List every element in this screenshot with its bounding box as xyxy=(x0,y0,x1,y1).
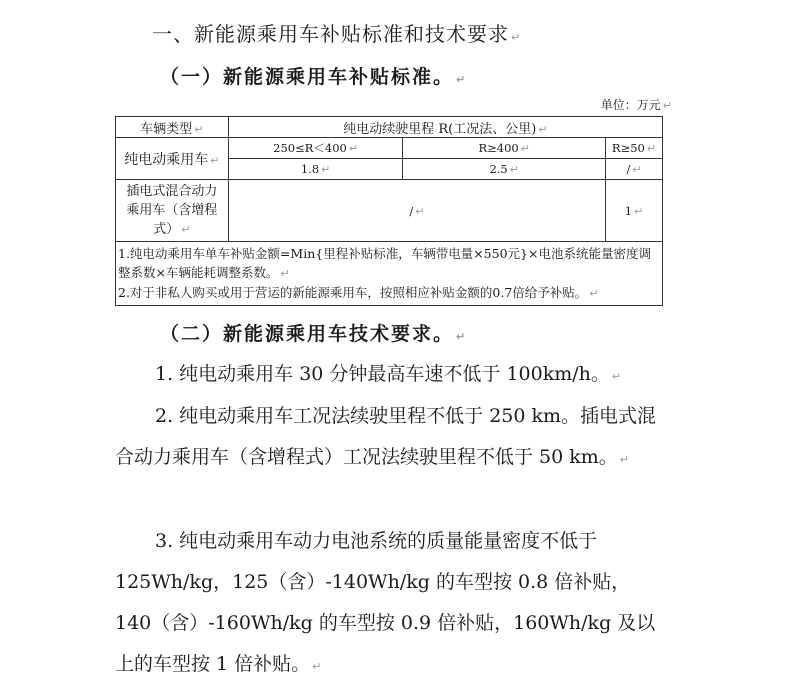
unit-label: 单位：万元↵ xyxy=(601,96,672,113)
subsidy-table: 车辆类型↵ 纯电动续驶里程 R(工况法、公里)↵ 纯电动乘用车↵ 250≤R＜4… xyxy=(115,116,663,306)
note-2: 2.对于非私人购买或用于营运的新能源乘用车，按照相应补贴金额的0.7倍给予补贴。… xyxy=(118,283,660,303)
section-1-text: （一）新能源乘用车补贴标准。 xyxy=(160,66,454,88)
paragraph-mark: ↵ xyxy=(511,31,521,44)
heading-1: 一、新能源乘用车补贴标准和技术要求↵ xyxy=(152,18,521,47)
table-row: 插电式混合动力乘用车（含增程式）↵ /↵ 1↵ xyxy=(116,180,663,242)
bev-label: 纯电动乘用车↵ xyxy=(116,138,229,180)
requirement-2: 2. 纯电动乘用车工况法续驶里程不低于 250 km。插电式混合动力乘用车（含增… xyxy=(115,396,665,480)
value-cell: 1↵ xyxy=(606,180,663,242)
section-2-heading: （二）新能源乘用车技术要求。↵ xyxy=(160,319,467,346)
table-notes: 1.纯电动乘用车单车补贴金额=Min{里程补贴标准，车辆带电量×550元}×电池… xyxy=(116,242,663,306)
value-cell: /↵ xyxy=(606,159,663,180)
value-cell: 1.8↵ xyxy=(228,159,403,180)
phev-label: 插电式混合动力乘用车（含增程式）↵ xyxy=(116,180,229,242)
range-cell: R≥400↵ xyxy=(403,138,606,159)
header-vehicle-type: 车辆类型↵ xyxy=(116,117,229,138)
heading-1-text: 一、新能源乘用车补贴标准和技术要求 xyxy=(152,22,509,46)
section-1-heading: （一）新能源乘用车补贴标准。↵ xyxy=(160,62,467,89)
requirement-3: 3. 纯电动乘用车动力电池系统的质量能量密度不低于 125Wh/kg，125（含… xyxy=(115,521,665,687)
note-1: 1.纯电动乘用车单车补贴金额=Min{里程补贴标准，车辆带电量×550元}×电池… xyxy=(118,244,660,283)
paragraph-mark: ↵ xyxy=(456,73,467,86)
paragraph-mark: ↵ xyxy=(663,99,672,112)
value-cell: /↵ xyxy=(228,180,605,242)
paragraph-mark: ↵ xyxy=(456,330,467,343)
range-cell: R≥50↵ xyxy=(606,138,663,159)
table-header-row: 车辆类型↵ 纯电动续驶里程 R(工况法、公里)↵ xyxy=(116,117,663,138)
requirement-1: 1. 纯电动乘用车 30 分钟最高车速不低于 100km/h。↵ xyxy=(115,354,665,397)
section-2-text: （二）新能源乘用车技术要求。 xyxy=(160,323,454,345)
range-cell: 250≤R＜400↵ xyxy=(228,138,403,159)
value-cell: 2.5↵ xyxy=(403,159,606,180)
header-range: 纯电动续驶里程 R(工况法、公里)↵ xyxy=(228,117,662,138)
unit-text: 单位：万元 xyxy=(601,98,661,112)
table-row: 纯电动乘用车↵ 250≤R＜400↵ R≥400↵ R≥50↵ xyxy=(116,138,663,159)
table-notes-row: 1.纯电动乘用车单车补贴金额=Min{里程补贴标准，车辆带电量×550元}×电池… xyxy=(116,242,663,306)
